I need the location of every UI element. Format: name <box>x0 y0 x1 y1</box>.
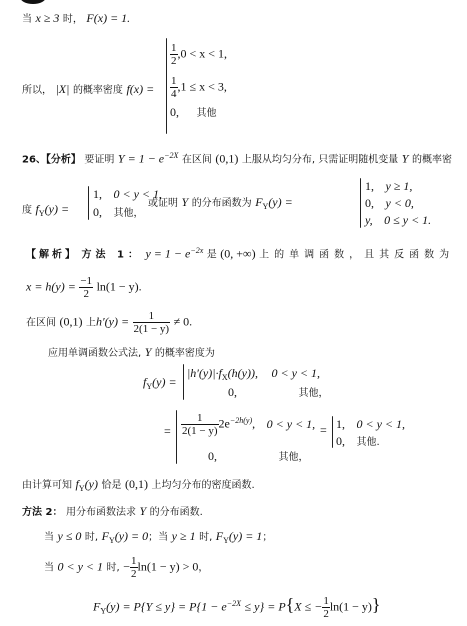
math-text: 1 <box>170 75 178 88</box>
math-text: −2h(y) <box>230 416 252 425</box>
math-text: 时, <box>107 563 120 574</box>
math-text: 0 < y < 1, <box>357 417 406 431</box>
math-text: 0, <box>228 385 237 399</box>
equals: = <box>164 425 171 437</box>
math: (0,1) <box>60 315 83 329</box>
fraction: 12 <box>170 42 178 67</box>
math-text: 0 < y < 1, <box>271 366 320 380</box>
math-text: 2 <box>170 55 178 67</box>
math-text: 1, <box>336 417 345 431</box>
text: 上服从均匀分布, 只需证明随机变量 <box>242 155 398 166</box>
math: Y = 1 − e <box>118 152 164 166</box>
math-text: 用分布函数法求 <box>66 507 136 518</box>
text: 应用单调函数公式法, <box>48 348 141 359</box>
math-text: Y <box>139 504 146 518</box>
math-text: 1 <box>130 555 138 568</box>
math-text: (y) = 1 <box>229 529 262 543</box>
text: 或证明 <box>148 198 178 209</box>
case-row: |h′(y)|·fX(h(y)), 0 < y < 1, <box>187 367 320 382</box>
text: 时， <box>63 14 83 25</box>
math-text: ln(1 − y) > 0 <box>138 560 199 574</box>
math-text: 时, <box>85 532 98 543</box>
math-text: 其他， <box>279 452 309 463</box>
text: 度 <box>22 205 32 216</box>
math-text: (y) = P{Y ≤ y} = P{1 − e <box>106 600 227 614</box>
case-value: 0, <box>170 105 179 119</box>
math-text: 恰是 <box>101 480 121 491</box>
case-row: 12,0 < x < 1, <box>170 42 227 67</box>
math-text: |h′(y)|·f <box>187 366 222 380</box>
math-text: = <box>164 424 171 438</box>
math: F <box>255 195 262 209</box>
case-value: y, <box>365 213 373 227</box>
fraction: 12 <box>130 555 138 580</box>
case-row: 0, 其他， <box>228 386 329 399</box>
text: 的分布函数为 <box>192 198 252 209</box>
text: 上 <box>86 318 96 329</box>
case-row: 1, 0 < y < 1, <box>336 418 405 430</box>
math: ≠ 0. <box>174 315 193 329</box>
math-text: 时, <box>199 532 212 543</box>
left-brace <box>183 364 184 400</box>
math: y = 1 − e <box>145 247 190 261</box>
case-cond: y < 0, <box>386 196 414 210</box>
method-2-label: 方法 2： <box>22 507 62 518</box>
math-text: 2(1 − y) <box>133 323 171 335</box>
problem-number: 26、 <box>22 155 46 166</box>
text: 的概率密 <box>412 155 452 166</box>
math-text: 其他. <box>357 437 380 448</box>
problem-26-line-2-left: 度 fY(y) = <box>22 203 69 218</box>
math-expr: F(x) = 1. <box>86 11 130 25</box>
text: 是 <box>207 250 217 261</box>
fraction: 12 <box>322 595 330 620</box>
math-text: 2 <box>130 568 138 580</box>
math: x = h(y) = <box>26 280 76 294</box>
math: ln(1 − y). <box>97 280 142 294</box>
text: 在区间 <box>26 318 56 329</box>
math-text: 1 <box>322 595 330 608</box>
math-text: 1 <box>170 42 178 55</box>
left-brace <box>88 186 89 220</box>
math-text: y ≥ 1 <box>172 529 196 543</box>
math-text: ln(1 − y) <box>330 600 372 614</box>
case-cond: 其他， <box>114 208 144 219</box>
left-brace <box>332 416 333 448</box>
formula-intro: 应用单调函数公式法, Y 的概率密度为 <box>48 346 215 359</box>
math-text: 2(1 − y) <box>181 425 219 437</box>
fraction: 12(1 − y) <box>181 412 219 437</box>
method-2-interval-line: 当 0 < y < 1 时, −12ln(1 − y) > 0， <box>44 555 208 580</box>
math: Y <box>182 195 189 209</box>
math-sup: −2X <box>164 151 178 160</box>
cropped-artifact <box>20 0 46 4</box>
math-text: 0 < y < 1 <box>58 560 104 574</box>
fraction: 12(1 − y) <box>133 310 171 335</box>
inverse-function: x = h(y) = −12 ln(1 − y). <box>26 275 142 300</box>
math-text: 由计算可知 <box>22 480 72 491</box>
math-text: 2 <box>79 288 93 300</box>
math-text: 当 <box>44 563 54 574</box>
math-text: (h(y)), <box>228 366 258 380</box>
solution-tag: 【解析】 <box>26 250 78 261</box>
math-text: X ≤ − <box>294 600 322 614</box>
equals: = <box>320 424 327 436</box>
math-text: 4 <box>170 88 178 100</box>
line-x-ge-3: 当 x ≥ 3 时， F(x) = 1. <box>22 12 130 25</box>
math: (y) = <box>268 195 292 209</box>
math-cond: x ≥ 3 <box>36 11 60 25</box>
left-brace <box>166 38 167 134</box>
problem-26-line-1: 26、【分析】 要证明 Y = 1 − e−2X 在区间 (0,1) 上服从均匀… <box>22 152 452 166</box>
math-text: } <box>372 595 381 615</box>
case-value: 1, <box>93 187 102 201</box>
math-text: (y) <box>85 477 98 491</box>
case-cond: 其他 <box>197 108 217 119</box>
case-row: 12(1 − y)2e−2h(y), 0 < y < 1, <box>181 412 315 437</box>
method-1-label: 方法 1： <box>82 250 142 261</box>
math-sup: −2x <box>190 246 203 255</box>
math: Y <box>402 152 409 166</box>
case-row: 0, 其他 <box>170 106 217 119</box>
text: 所以， <box>22 85 52 96</box>
text: 当 <box>22 14 32 25</box>
math-absx: |X| <box>56 82 70 96</box>
math-text: 上均匀分布的密度函数. <box>151 480 254 491</box>
math-text: = <box>320 423 327 437</box>
math-text: ； <box>262 532 272 543</box>
text: 的概率密度 <box>73 85 123 96</box>
analysis-tag: 【分析】 <box>46 155 81 166</box>
case-cond: 0 ≤ y < 1. <box>384 213 431 227</box>
math-lhs: f(x) = <box>126 82 154 96</box>
text: 上的单调函数，且其反函数为 <box>259 250 454 261</box>
math-text: −2X <box>227 599 241 608</box>
math: (0, +∞) <box>220 247 255 261</box>
case-row: 14,1 ≤ x < 3, <box>170 75 227 100</box>
case-row: y, 0 ≤ y < 1. <box>365 214 431 226</box>
case-cond: ,1 ≤ x < 3, <box>178 80 227 94</box>
case-value: 0, <box>93 205 102 219</box>
fy-lhs: fY(y) = <box>143 376 177 391</box>
text: 在区间 <box>182 155 212 166</box>
method-2-case-line: 当 y ≤ 0 时, FY(y) = 0；当 y ≥ 1 时, FY(y) = … <box>44 530 272 545</box>
case-cond: ,0 < x < 1, <box>178 47 228 61</box>
fraction: −12 <box>79 275 93 300</box>
left-brace <box>360 178 361 228</box>
case-row: 0, 其他， <box>93 206 144 219</box>
text: 的概率密度为 <box>155 348 215 359</box>
math-text: ≤ y} = P <box>245 600 286 614</box>
math-text: y ≤ 0 <box>58 529 82 543</box>
math-text: −1 <box>79 275 93 288</box>
math-text: (y) = <box>152 375 176 389</box>
math-text: F <box>102 529 109 543</box>
problem-26-line-2-middle: 或证明 Y 的分布函数为 FY(y) = <box>148 196 293 211</box>
math-text: 的分布函数. <box>150 507 203 518</box>
case-row: 0, 其他. <box>336 435 380 448</box>
math-text: { <box>286 595 295 615</box>
left-brace <box>176 410 177 464</box>
math: (0,1) <box>215 152 238 166</box>
math-text: 1 <box>133 310 171 323</box>
density-x-lead: 所以， |X| 的概率密度 f(x) = <box>22 83 154 96</box>
math-text: 其他， <box>299 388 329 399</box>
math-text: 1 <box>181 412 219 425</box>
case-value: 1, <box>365 179 374 193</box>
text: 要证明 <box>84 155 114 166</box>
case-value: 0, <box>365 196 374 210</box>
solution-method-1-line: 【解析】 方法 1： y = 1 − e−2x 是 (0, +∞) 上的单调函数… <box>26 247 454 261</box>
math-text: F <box>216 529 223 543</box>
math-text: 0, <box>208 449 217 463</box>
math-text: 2e <box>219 417 230 431</box>
math-text: − <box>123 560 130 574</box>
case-cond: y ≥ 1, <box>386 179 413 193</box>
math-text: 2 <box>322 608 330 620</box>
case-row: 0, y < 0, <box>365 197 414 209</box>
math-text: 0 < y < 1, <box>267 417 316 431</box>
case-row: 1, y ≥ 1, <box>365 180 412 192</box>
conclusion-line: 由计算可知 fY(y) 恰是 (0,1) 上均匀分布的密度函数. <box>22 478 255 493</box>
math-text: (0,1) <box>125 477 148 491</box>
math: (y) = <box>45 202 69 216</box>
math-text: , <box>252 417 255 431</box>
math-text: 当 <box>44 532 54 543</box>
math-text: 0, <box>336 434 345 448</box>
derivative-line: 在区间 (0,1) 上h′(y) = 12(1 − y) ≠ 0. <box>26 310 192 335</box>
distribution-function-line: FY(y) = P{Y ≤ y} = P{1 − e−2X ≤ y} = P{X… <box>93 595 381 620</box>
math-text: ， <box>198 563 208 574</box>
fraction: 14 <box>170 75 178 100</box>
math: h′(y) = <box>96 315 129 329</box>
method-2-line: 方法 2： 用分布函数法求 Y 的分布函数. <box>22 505 203 518</box>
case-row: 0, 其他， <box>208 450 309 463</box>
math: Y <box>145 345 152 359</box>
math-text: (y) = 0 <box>115 529 148 543</box>
math-text: ；当 <box>148 532 168 543</box>
